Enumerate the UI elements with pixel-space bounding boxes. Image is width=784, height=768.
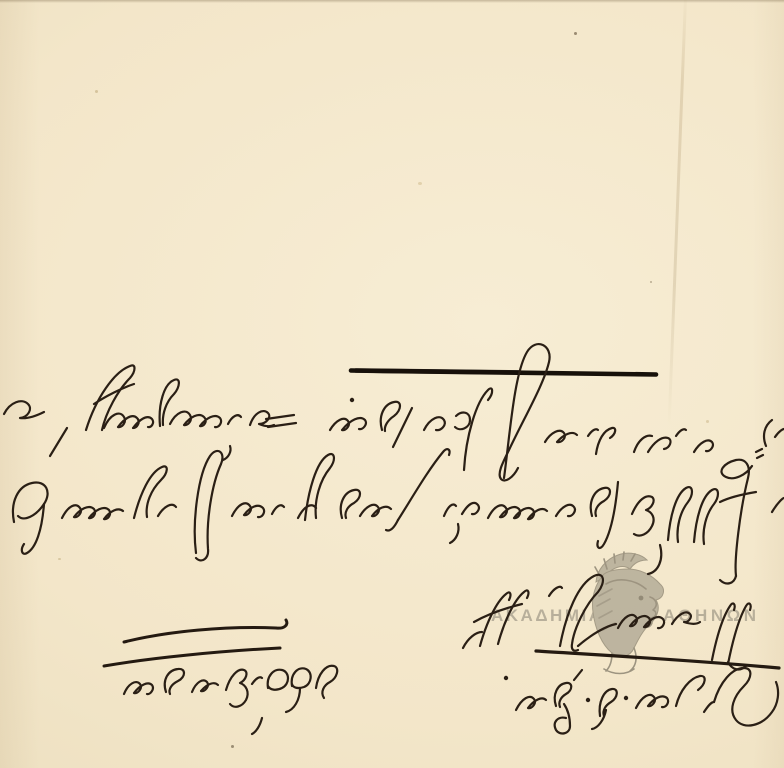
handwriting-line-1 — [4, 344, 784, 480]
ink-layer: ΑΚΑΔΗΜΙΑ ΑΘΗΝΩΝ — [0, 0, 784, 768]
handwriting-signature-left — [124, 666, 337, 734]
signature-flourish — [104, 620, 287, 666]
handwriting-line-2 — [13, 449, 784, 583]
handwriting-signature-right — [504, 668, 778, 733]
date-underline — [536, 651, 779, 668]
heavy-rule — [351, 371, 656, 375]
document-page: ΑΚΑΔΗΜΙΑ ΑΘΗΝΩΝ — [0, 0, 784, 768]
